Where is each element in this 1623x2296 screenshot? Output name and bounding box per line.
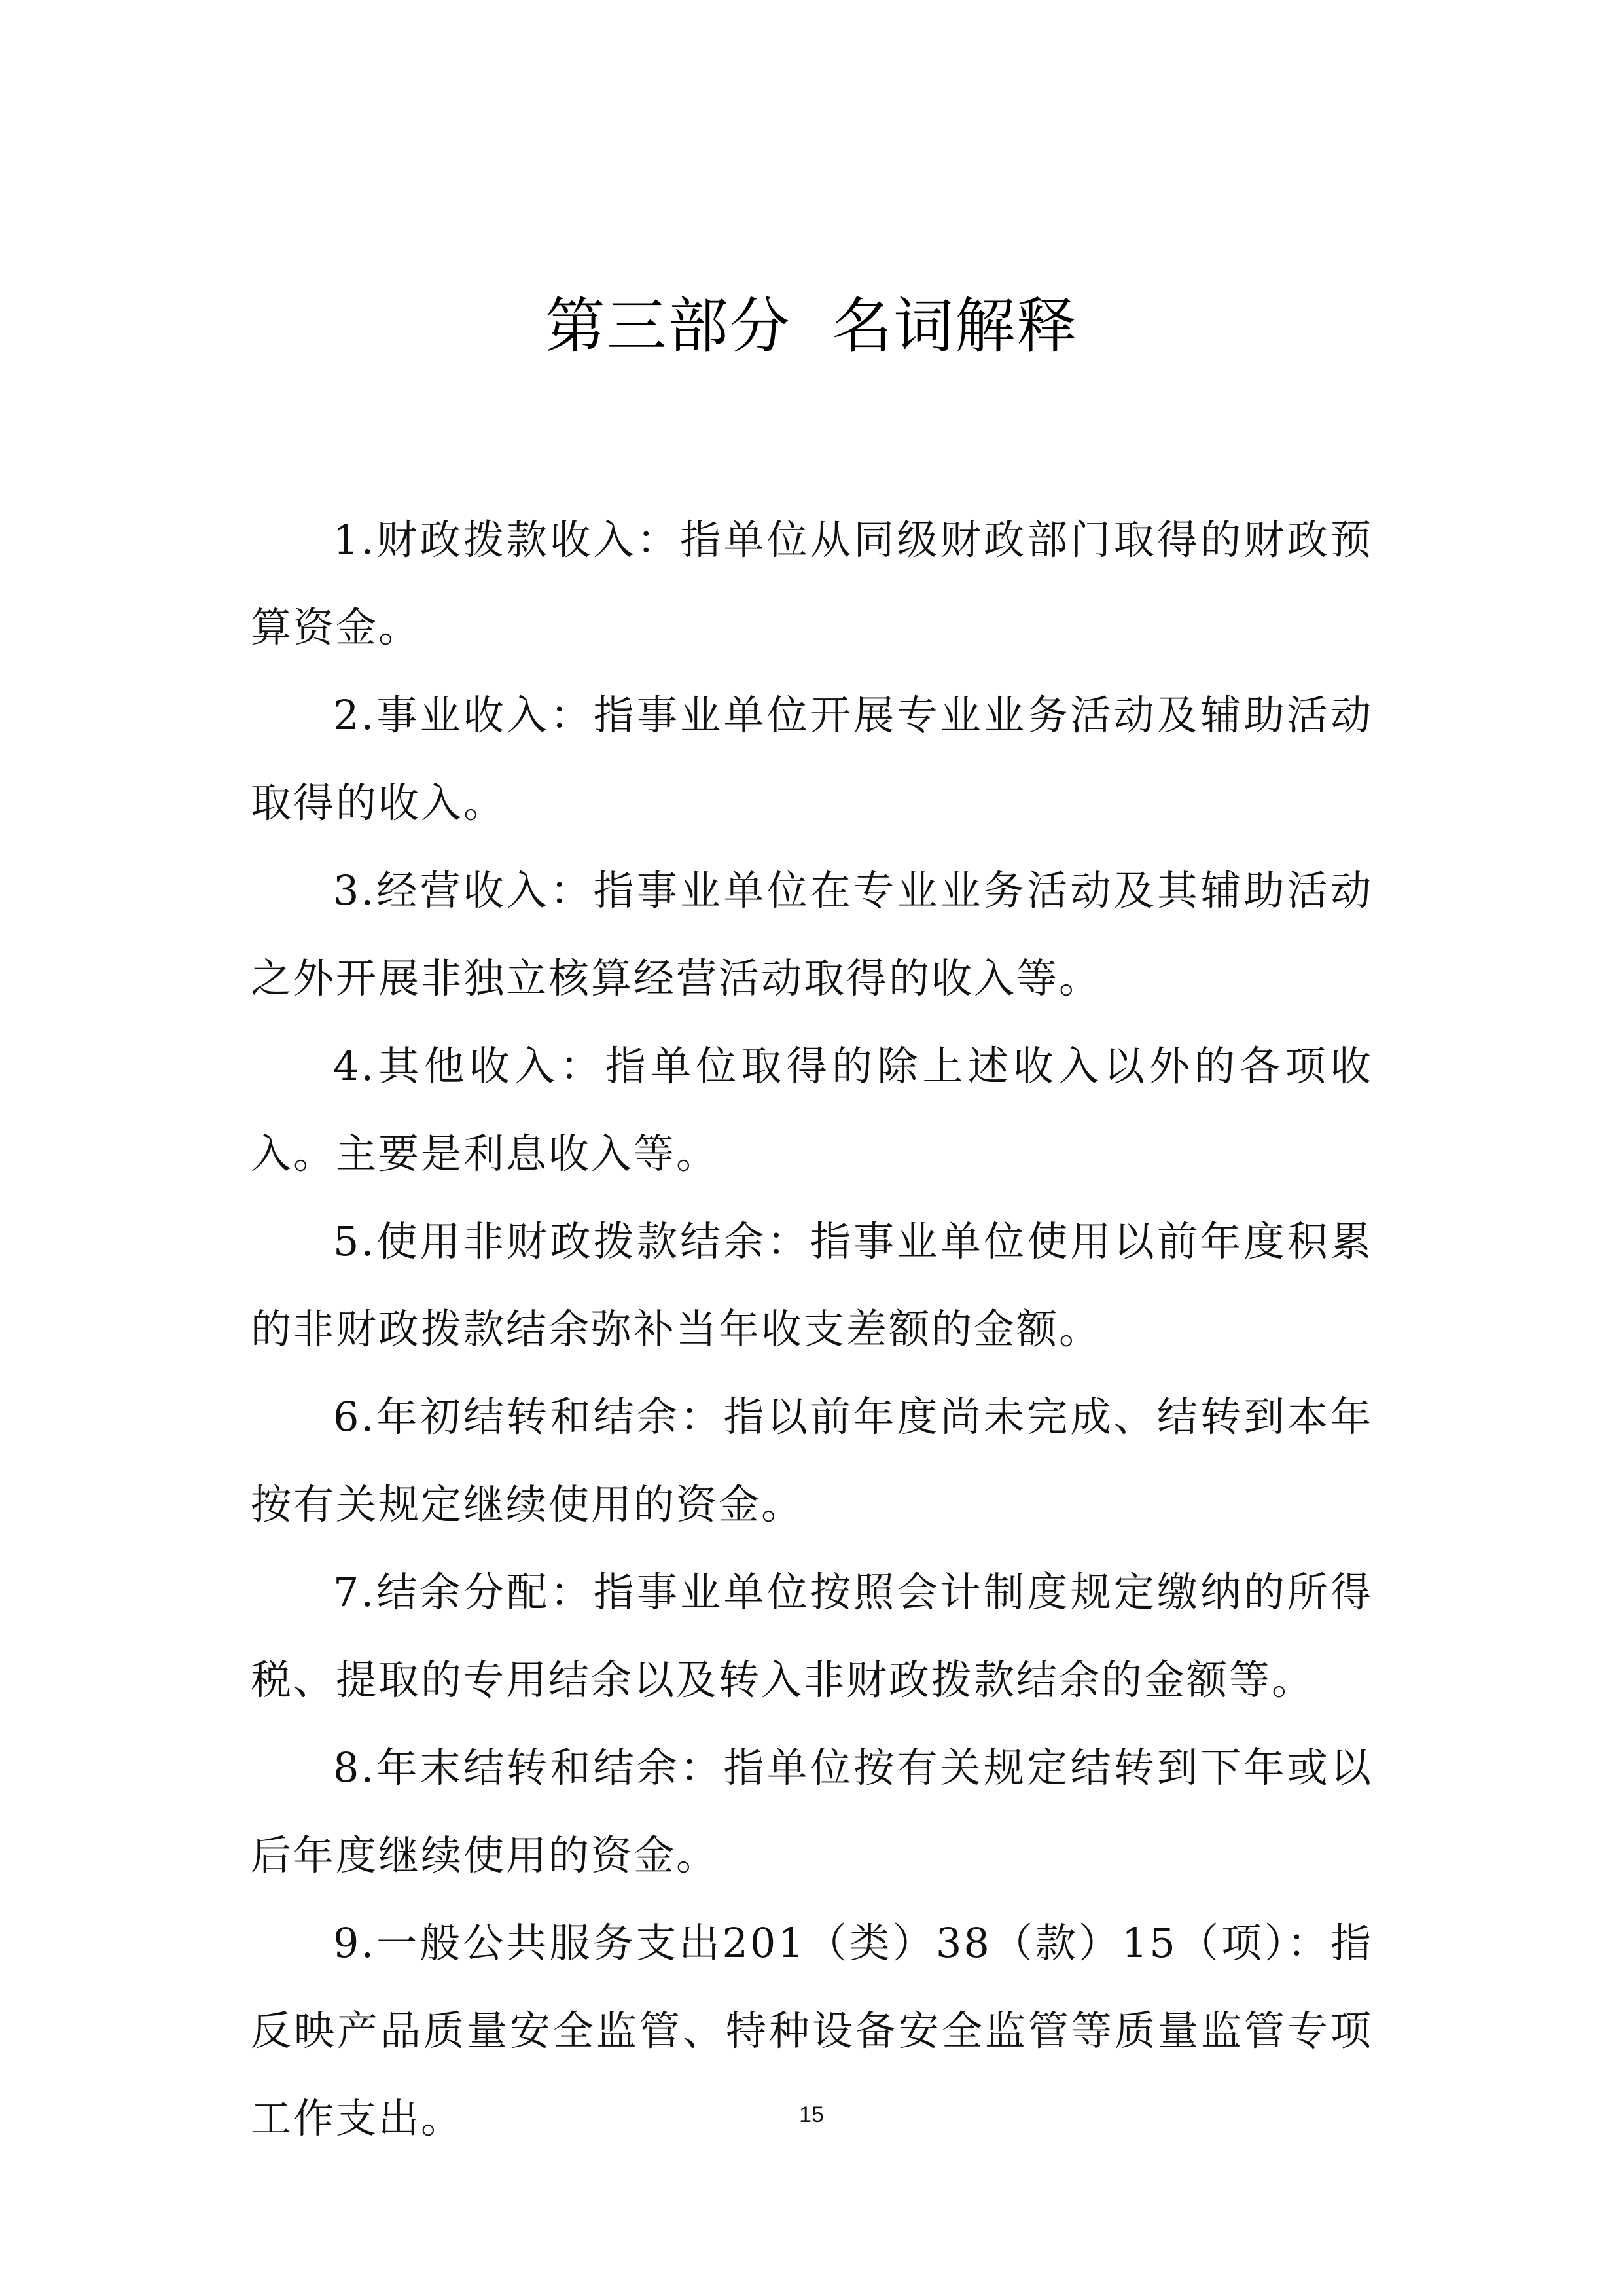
glossary-item-7: 7.结余分配：指事业单位按照会计制度规定缴纳的所得税、提取的专用结余以及转入非财… <box>251 1549 1373 1724</box>
page-number: 15 <box>0 2102 1623 2128</box>
glossary-item-8: 8.年末结转和结余：指单位按有关规定结转到下年或以后年度继续使用的资金。 <box>251 1724 1373 1899</box>
page-title: 第三部分 名词解释 <box>0 278 1623 365</box>
glossary-item-4: 4.其他收入：指单位取得的除上述收入以外的各项收入。主要是利息收入等。 <box>251 1022 1373 1198</box>
glossary-item-3: 3.经营收入：指事业单位在专业业务活动及其辅助活动之外开展非独立核算经营活动取得… <box>251 847 1373 1022</box>
glossary-body: 1.财政拨款收入：指单位从同级财政部门取得的财政预算资金。 2.事业收入：指事业… <box>251 496 1373 2162</box>
glossary-item-6: 6.年初结转和结余：指以前年度尚未完成、结转到本年按有关规定继续使用的资金。 <box>251 1373 1373 1549</box>
glossary-item-2: 2.事业收入：指事业单位开展专业业务活动及辅助活动取得的收入。 <box>251 672 1373 847</box>
glossary-item-5: 5.使用非财政拨款结余：指事业单位使用以前年度积累的非财政拨款结余弥补当年收支差… <box>251 1198 1373 1373</box>
glossary-item-1: 1.财政拨款收入：指单位从同级财政部门取得的财政预算资金。 <box>251 496 1373 672</box>
